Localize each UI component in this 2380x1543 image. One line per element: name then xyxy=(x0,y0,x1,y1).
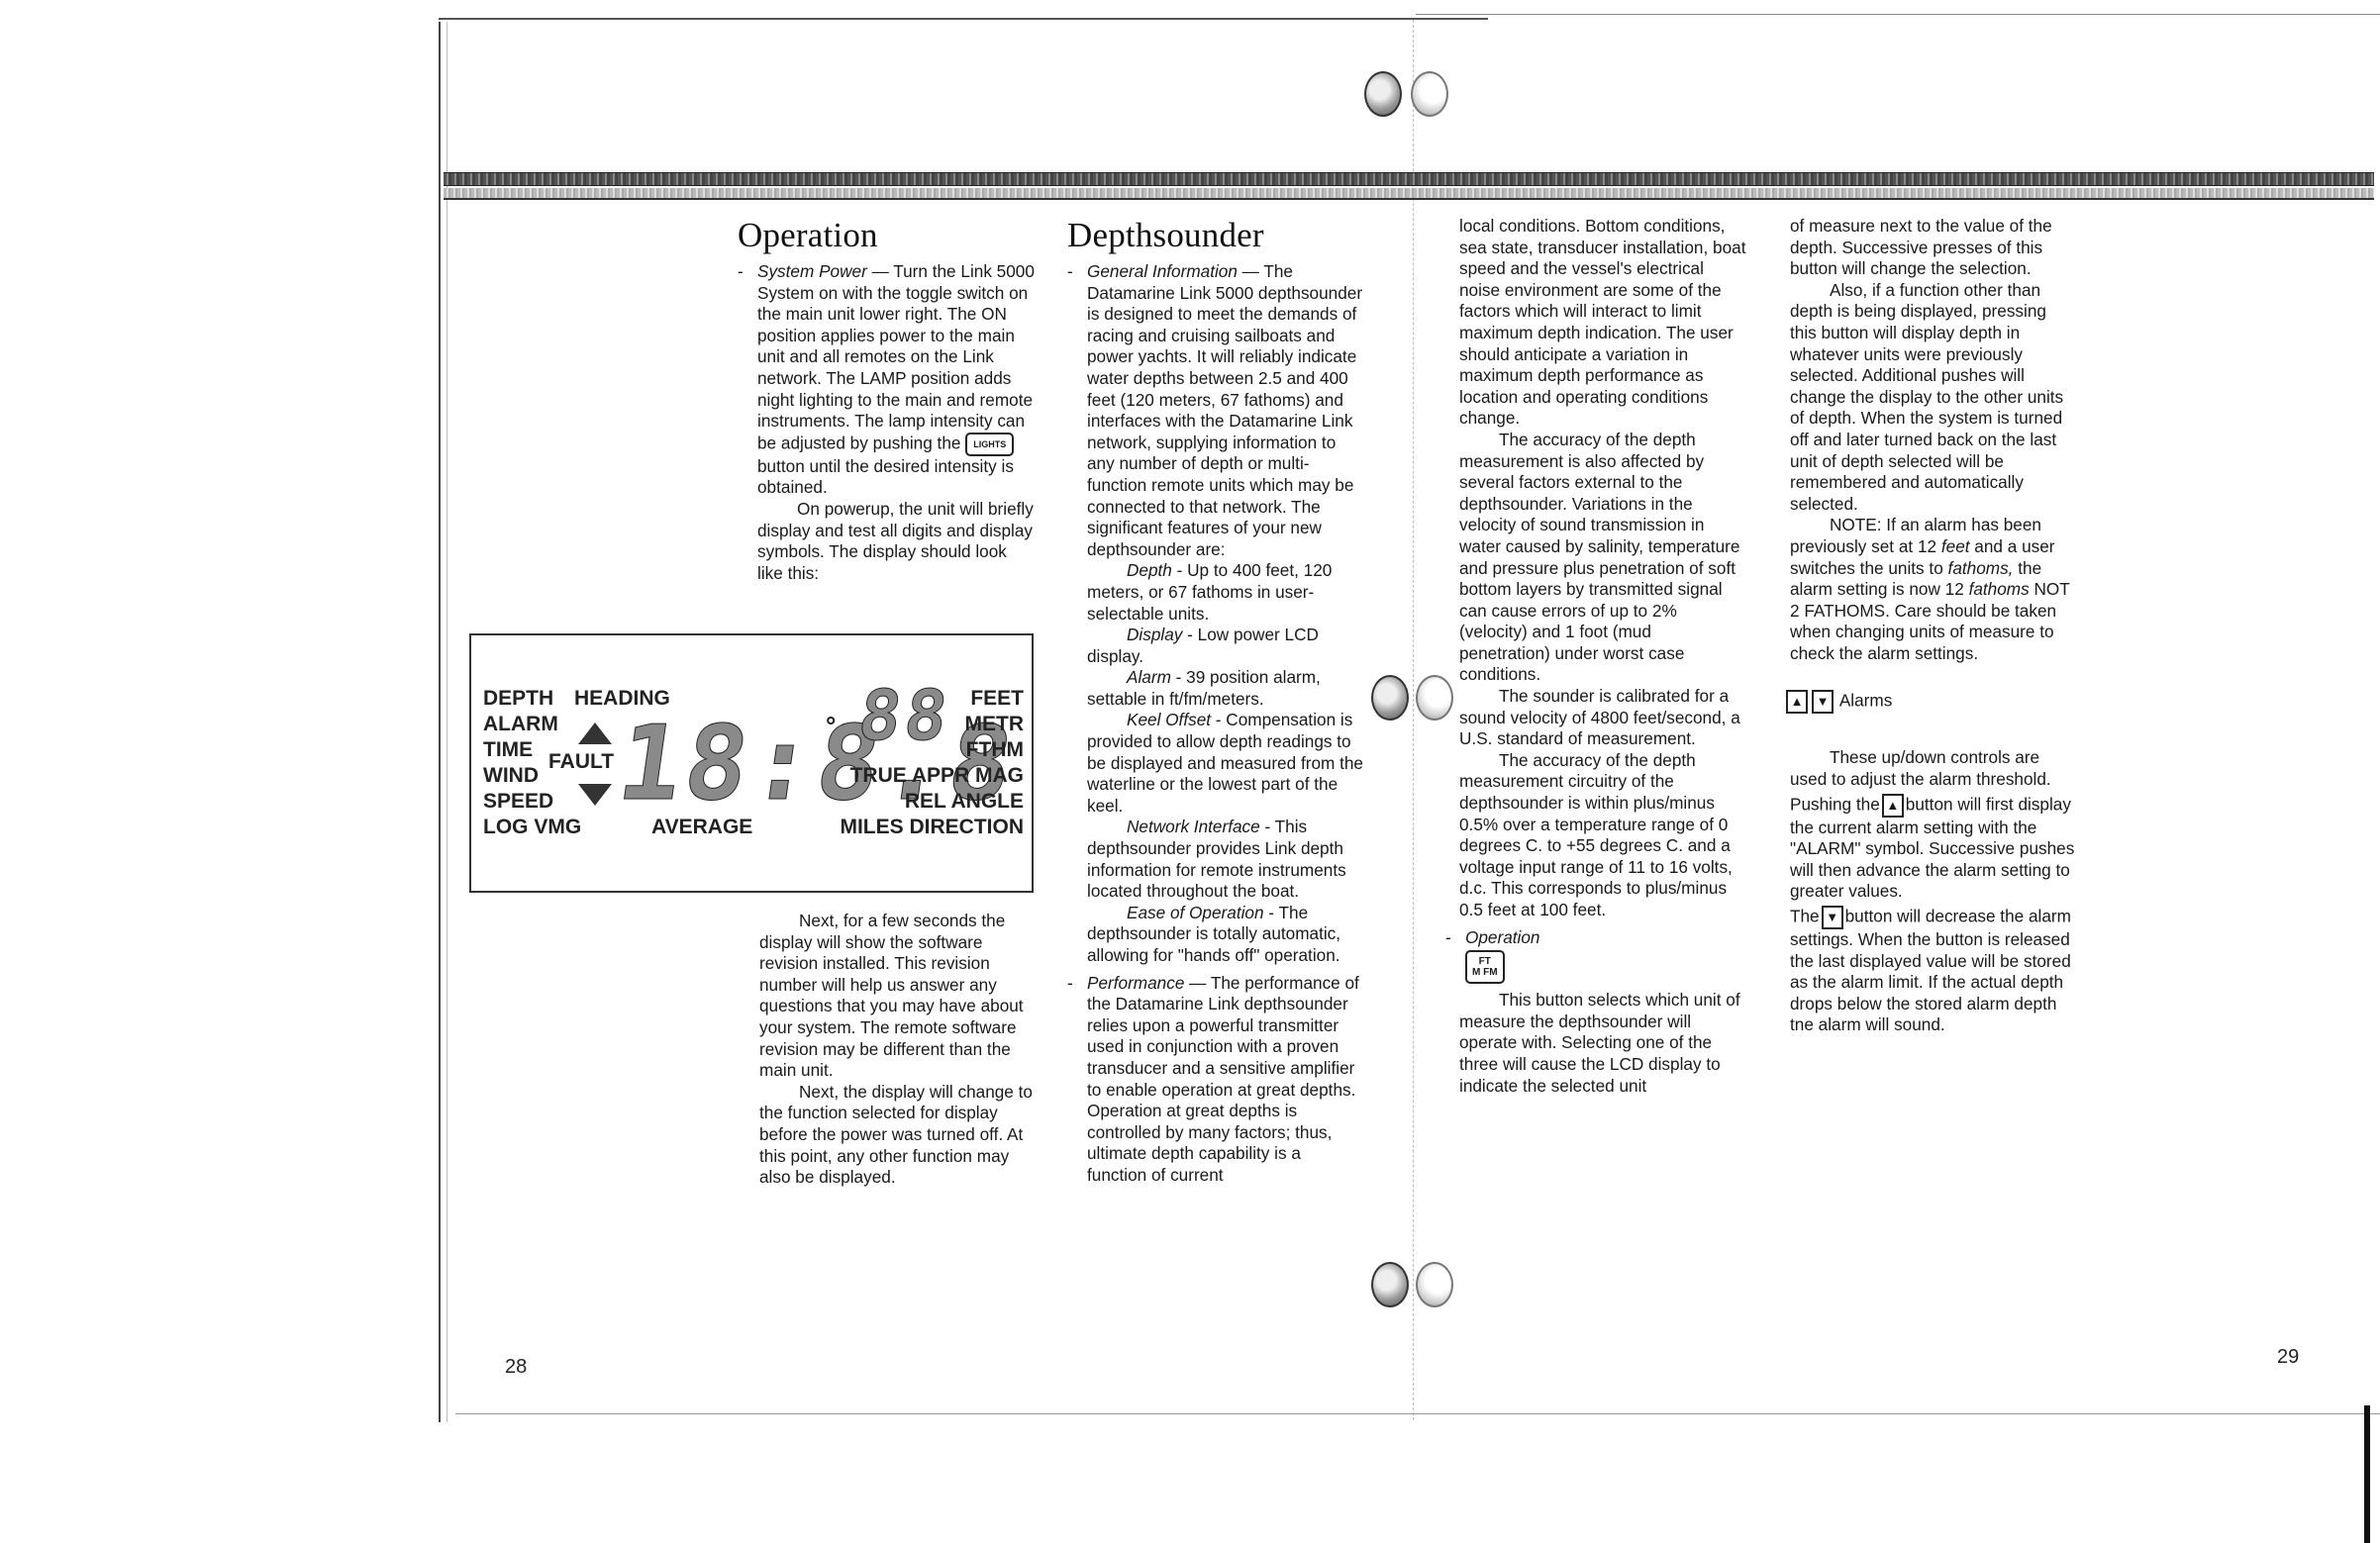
feature-list: Depth - Up to 400 feet, 120 meters, or 6… xyxy=(1067,560,1364,966)
binder-ring-icon xyxy=(1364,71,1402,117)
depthsounder-heading: Depthsounder xyxy=(1067,216,1264,255)
feature-keel-offset: Keel Offset - Compensation is provided t… xyxy=(1087,710,1364,817)
lcd-label-average: AVERAGE xyxy=(651,816,752,839)
unit-select-paragraph: This button selects which unit of measur… xyxy=(1459,990,1746,1097)
local-conditions-paragraph: local conditions. Bottom conditions, sea… xyxy=(1459,216,1746,430)
circuitry-accuracy-paragraph: The accuracy of the depth measurement ci… xyxy=(1459,750,1746,921)
note-paragraph: NOTE: If an alarm has been previously se… xyxy=(1790,515,2077,664)
alarms-subheading: ▲▼ Alarms xyxy=(1784,690,2077,714)
header-band-dark xyxy=(444,172,2374,186)
lcd-unit-fthm: FTHM xyxy=(966,738,1024,762)
lcd-unit-metr: METR xyxy=(965,713,1025,736)
lcd-unit-feet: FEET xyxy=(970,687,1024,711)
binder-ring-icon xyxy=(1371,1262,1409,1307)
page-number-left: 28 xyxy=(505,1356,527,1379)
general-information-item: - General Information — The Datamarine L… xyxy=(1067,261,1364,560)
lcd-small-digits: 88 xyxy=(853,675,956,756)
software-revision-paragraph: Next, for a few seconds the display will… xyxy=(759,911,1041,1082)
right-column-1: local conditions. Bottom conditions, sea… xyxy=(1459,216,1746,1097)
system-power-item: - System Power — Turn the Link 5000 Syst… xyxy=(738,261,1035,499)
calibration-paragraph: The sounder is calibrated for a sound ve… xyxy=(1459,686,1746,750)
page-number-right: 29 xyxy=(2277,1346,2299,1369)
lcd-label-wind: WIND xyxy=(483,764,539,788)
unit-measure-paragraph: of measure next to the value of the dept… xyxy=(1790,216,2077,280)
binder-right-edge xyxy=(2364,1405,2370,1543)
binder-ring-icon xyxy=(1411,71,1448,117)
feature-depth: Depth - Up to 400 feet, 120 meters, or 6… xyxy=(1087,560,1364,625)
feature-ease-of-operation: Ease of Operation - The depthsounder is … xyxy=(1087,903,1364,967)
alarm-up-button-icon: ▲ xyxy=(1786,690,1808,714)
system-power-text: Turn the Link 5000 System on with the to… xyxy=(757,261,1035,452)
binder-left-edge xyxy=(439,22,447,1422)
operation-column: - System Power — Turn the Link 5000 Syst… xyxy=(738,261,1035,584)
alarm-up-paragraph: Pushing the▲button will first display th… xyxy=(1790,794,2077,903)
feature-display: Display - Low power LCD display. xyxy=(1087,625,1364,667)
page-top-border-right xyxy=(1416,14,2380,15)
binder-ring-icon xyxy=(1416,1262,1453,1307)
page-bottom-border xyxy=(455,1413,2380,1414)
operation-column-continued: Next, for a few seconds the display will… xyxy=(759,911,1041,1189)
alarm-controls-paragraph: These up/down controls are used to adjus… xyxy=(1790,747,2077,790)
binder-ring-icon xyxy=(1416,675,1453,721)
lcd-label-alarm: ALARM xyxy=(483,713,558,736)
down-arrow-icon: ▼ xyxy=(1822,906,1843,929)
lcd-label-time: TIME xyxy=(483,738,533,762)
lcd-display-figure: DEPTH HEADING ALARM TIME WIND SPEED LOG … xyxy=(469,633,1034,893)
operation-heading: Operation xyxy=(738,216,878,255)
lcd-label-speed: SPEED xyxy=(483,790,553,814)
feature-alarm: Alarm - 39 position alarm, settable in f… xyxy=(1087,667,1364,710)
lcd-label-rel-angle: REL ANGLE xyxy=(905,790,1024,814)
function-display-paragraph: Next, the display will change to the fun… xyxy=(759,1082,1041,1189)
alarm-down-button-icon: ▼ xyxy=(1812,690,1834,714)
lcd-degree-symbol: ° xyxy=(826,711,836,741)
lcd-label-depth: DEPTH xyxy=(483,687,553,711)
spine-fold xyxy=(1413,20,1414,1420)
system-power-label: System Power xyxy=(757,261,867,281)
unit-select-button-icon: FT M FM xyxy=(1465,950,1505,984)
powerup-paragraph: On powerup, the unit will briefly displa… xyxy=(738,499,1035,584)
operation-subheading: Operation xyxy=(1465,927,1539,947)
lcd-down-arrow-icon xyxy=(578,784,612,806)
lcd-label-fault: FAULT xyxy=(548,750,614,774)
lights-button-icon: LIGHTS xyxy=(965,433,1014,456)
operation-item: - Operation xyxy=(1445,927,1746,949)
alarm-down-paragraph: The▼button will decrease the alarm setti… xyxy=(1790,906,2077,1036)
other-function-paragraph: Also, if a function other than depth is … xyxy=(1790,280,2077,516)
accuracy-factors-paragraph: The accuracy of the depth measurement is… xyxy=(1459,430,1746,686)
lcd-label-miles-direction: MILES DIRECTION xyxy=(840,816,1024,839)
lcd-up-arrow-icon xyxy=(578,723,612,744)
lcd-label-true-appr-mag: TRUE APPR MAG xyxy=(850,764,1024,788)
feature-network-interface: Network Interface - This depthsounder pr… xyxy=(1087,817,1364,902)
lcd-label-log-vmg: LOG VMG xyxy=(483,816,581,839)
up-arrow-icon: ▲ xyxy=(1882,794,1904,818)
binder-ring-icon xyxy=(1371,675,1409,721)
depthsounder-column: - General Information — The Datamarine L… xyxy=(1067,261,1364,1187)
page-top-border xyxy=(439,18,1488,20)
performance-item: - Performance — The performance of the D… xyxy=(1067,973,1364,1187)
right-column-2: of measure next to the value of the dept… xyxy=(1790,216,2077,1036)
header-band-light xyxy=(444,188,2374,200)
